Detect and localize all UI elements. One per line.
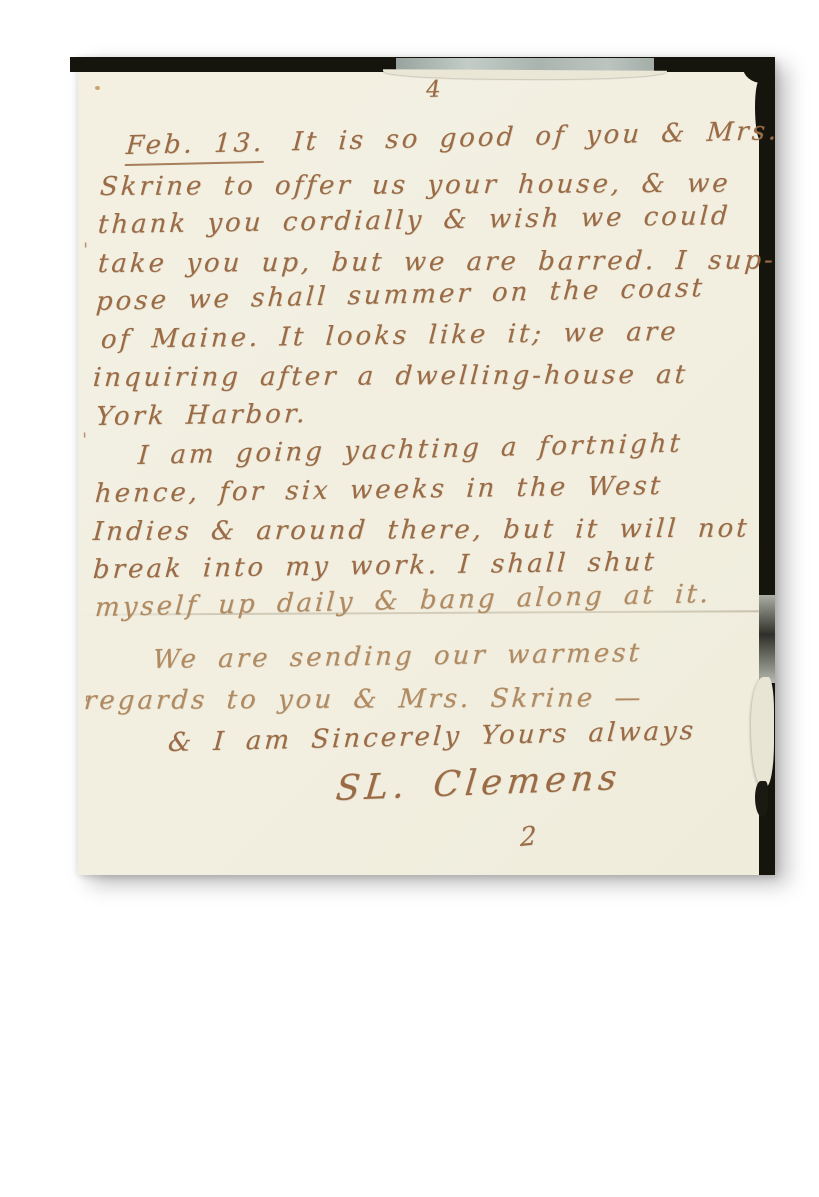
letter-date: Feb. 13. bbox=[125, 128, 266, 166]
letter-line: Skrine to offer us your house, & we bbox=[99, 169, 732, 202]
letter-line: We are sending our warmest bbox=[152, 638, 643, 675]
letter-line: York Harbor. bbox=[95, 399, 308, 432]
scan-edge-speck bbox=[755, 781, 768, 817]
ink-spot bbox=[95, 86, 100, 90]
letter-line: I am going yachting a fortnight bbox=[137, 429, 684, 471]
letter-line: Indies & around there, but it will not bbox=[92, 514, 751, 547]
page-number: 4 bbox=[426, 76, 442, 102]
margin-mark: ' bbox=[82, 429, 87, 451]
letter-line: & I am Sincerely Yours always bbox=[167, 716, 697, 758]
letter-line: regards to you & Mrs. Skrine — bbox=[83, 683, 644, 716]
scan-edge-mottle bbox=[759, 595, 775, 683]
letter-line-text: It is so good of you & Mrs. bbox=[292, 116, 781, 157]
letter-line: pose we shall summer on the coast bbox=[95, 273, 706, 317]
letter-line: Feb. 13.It is so good of you & Mrs. bbox=[125, 116, 780, 161]
letter-line: thank you cordially & wish we could bbox=[97, 201, 731, 240]
signature-flourish: 2 bbox=[520, 821, 539, 853]
scan-edge-tear bbox=[751, 677, 774, 787]
letter-line: of Maine. It looks like it; we are bbox=[100, 317, 679, 355]
scanned-letter-page: 4 ' ' ' Feb. 13.It is so good of you & M… bbox=[78, 57, 775, 875]
letter-line: break into my work. I shall shut bbox=[92, 547, 658, 585]
letter-line: myself up daily & bang along at it. bbox=[94, 579, 712, 623]
signature: SL. Clemens bbox=[334, 758, 623, 809]
scan-border-corner bbox=[743, 57, 775, 83]
letter-line: inquiring after a dwelling-house at bbox=[92, 360, 689, 393]
margin-mark: ' bbox=[83, 239, 88, 261]
letter-line: hence, for six weeks in the West bbox=[94, 471, 664, 509]
